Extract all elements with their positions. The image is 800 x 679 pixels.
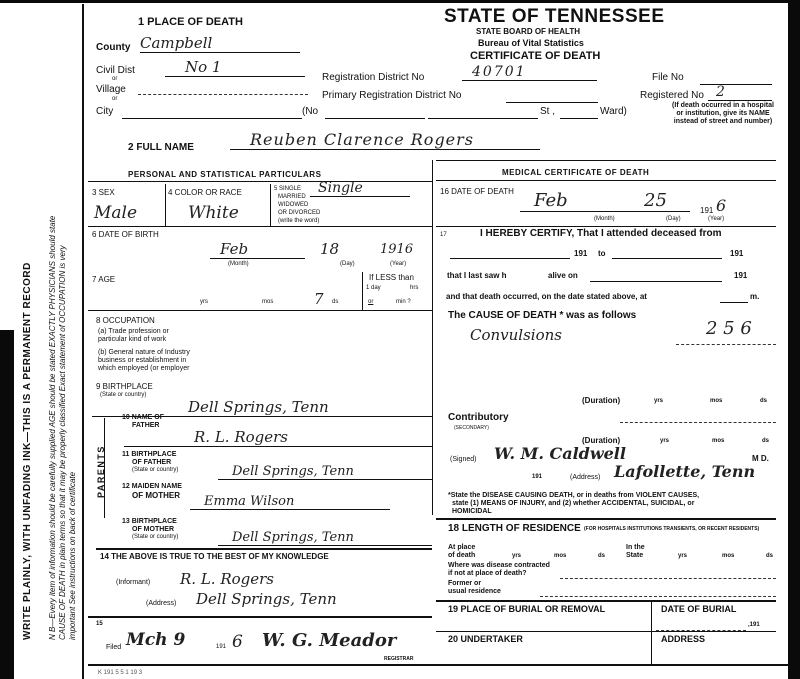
dod-year-caption: (Year) <box>708 216 724 222</box>
duration-mos-2: mos <box>712 438 724 444</box>
less-than-divider <box>362 272 363 310</box>
undertaker-address-label: ADDRESS <box>661 634 705 644</box>
former-1: Former or <box>448 580 481 587</box>
dod-year-suffix: 6 <box>716 196 726 215</box>
mother-birthplace-label-2: OF MOTHER <box>132 526 174 533</box>
mother-name-label-2: OF MOTHER <box>132 491 180 500</box>
mother-birthplace-value: Dell Springs, Tenn <box>218 530 432 546</box>
civil-dist-value: No 1 <box>165 58 305 77</box>
registrar-value: W. G. Meador <box>262 630 396 651</box>
registered-no-label: Registered No <box>640 90 704 101</box>
last-saw-text: that I last saw h <box>447 271 507 280</box>
father-name-label-1: 10 NAME OF <box>122 414 164 421</box>
filed-year-prefix: 191 <box>216 644 226 650</box>
marital-label-widowed: WIDOWED <box>278 202 308 208</box>
informant-statement: 14 THE ABOVE IS TRUE TO THE BEST OF MY K… <box>100 552 329 561</box>
marital-label-write: (write the word) <box>278 218 319 224</box>
reg-district-value: 40701 <box>462 64 597 81</box>
margin-note-line3: important See instructions on back of ce… <box>68 472 77 640</box>
scan-edge-top <box>0 0 800 3</box>
center-divider <box>432 160 433 515</box>
at-place-1: At place <box>448 544 475 551</box>
age-ds-label: ds <box>332 299 338 305</box>
filed-year-suffix: 6 <box>232 632 243 652</box>
burial-date-label: DATE OF BURIAL <box>661 604 736 614</box>
bureau-title: Bureau of Vital Statistics <box>478 38 584 48</box>
dod-month-value: Feb <box>520 190 630 212</box>
hrs-label: hrs <box>410 285 418 291</box>
res-mos-1: mos <box>554 553 566 559</box>
attended-to-label: to <box>598 249 606 258</box>
sex-color-divider <box>165 184 166 226</box>
duration-mos-1: mos <box>710 398 722 404</box>
alive-on-field <box>590 281 722 282</box>
marital-label-married: MARRIED <box>278 194 306 200</box>
scan-edge-left <box>0 330 14 679</box>
certificate-title: CERTIFICATE OF DEATH <box>470 50 600 62</box>
age-yrs-label: yrs <box>200 299 208 305</box>
residence-rule-top <box>436 518 776 520</box>
dod-month-caption: (Month) <box>594 216 615 222</box>
registered-no-value: 2 <box>708 84 772 101</box>
dob-label: 6 DATE OF BIRTH <box>92 230 159 239</box>
dob-day-value: 18 <box>320 240 339 258</box>
occupation-a2: particular kind of work <box>98 336 166 343</box>
margin-note-line1: N B—Every item of information should be … <box>48 216 57 640</box>
city-field <box>122 118 302 119</box>
father-birthplace-label-1: 11 BIRTHPLACE <box>122 451 176 458</box>
primary-reg-label: Primary Registration District No <box>322 90 461 101</box>
former-2: usual residence <box>448 588 501 595</box>
duration-label-1: (Duration) <box>582 396 620 405</box>
attended-to-year: 191 <box>730 249 743 258</box>
duration-ds-2: ds <box>762 438 769 444</box>
ward-label: Ward) <box>600 106 627 117</box>
footnote-3: HOMICIDAL <box>452 508 492 515</box>
filed-month-day: Mch 9 <box>126 630 185 650</box>
res-mos-2: mos <box>722 553 734 559</box>
age-label: 7 AGE <box>92 275 115 284</box>
reg-district-label: Registration District No <box>322 72 424 83</box>
in-state-1: In the <box>626 544 645 551</box>
signed-value: W. M. Caldwell <box>494 444 626 463</box>
duration-ds-1: ds <box>760 398 767 404</box>
occupation-label: 8 OCCUPATION <box>96 316 155 325</box>
or-label-2: or <box>112 96 117 102</box>
sex-value: Male <box>94 203 137 223</box>
cause-label: The CAUSE OF DEATH * was as follows <box>448 310 636 321</box>
scan-edge-right <box>788 0 800 679</box>
age-mos-label: mos <box>262 299 273 305</box>
dob-month-value: Feb <box>210 240 305 259</box>
dod-day-caption: (Day) <box>666 216 681 222</box>
parents-side-label: PARENTS <box>96 445 106 498</box>
medical-rule-top <box>436 160 776 161</box>
no-label: (No <box>302 106 318 117</box>
mother-name-label-1: 12 MAIDEN NAME <box>122 483 182 490</box>
former-line <box>540 596 776 597</box>
less-than-label: If LESS than <box>369 273 414 282</box>
street-no-field <box>325 118 425 119</box>
county-value: Campbell <box>140 34 300 53</box>
contributory-label: Contributory <box>448 412 509 423</box>
margin-note-line2: CAUSE OF DEATH in plain terms so that it… <box>58 245 67 640</box>
footer-stamp: K 191 5 5 1 19 3 <box>98 670 142 676</box>
alive-on-label: alive on <box>548 271 578 280</box>
village-field <box>138 94 308 95</box>
st-label: St , <box>540 106 555 117</box>
personal-section-title: PERSONAL AND STATISTICAL PARTICULARS <box>128 170 321 179</box>
burial-place-label: 19 PLACE OF BURIAL OR REMOVAL <box>448 604 605 614</box>
at-place-2: of death <box>448 552 475 559</box>
marital-label-single: 5 SINGLE <box>274 186 301 192</box>
or-label-1: or <box>112 76 117 82</box>
burial-date-year: ,191 <box>748 622 760 628</box>
min-label: min ? <box>396 299 411 305</box>
res-yrs-1: yrs <box>512 553 521 559</box>
dod-day-value: 25 <box>630 190 690 212</box>
full-name-value: Reuben Clarence Rogers <box>230 130 540 150</box>
contracted-1: Where was disease contracted <box>448 562 550 569</box>
attended-to-field <box>612 258 722 259</box>
place-of-death-title: 1 PLACE OF DEATH <box>138 16 243 28</box>
age-ds-value: 7 <box>314 290 324 308</box>
occupation-b3: which employed (or employer <box>98 365 189 372</box>
cert-rule <box>436 226 776 227</box>
margin-permanent-record: WRITE PLAINLY, WITH UNFADING INK—THIS IS… <box>22 262 33 640</box>
footnote-2: state (1) MEANS OF INJURY, and (2) wheth… <box>452 500 694 507</box>
color-label: 4 COLOR OR RACE <box>168 188 242 197</box>
res-yrs-2: yrs <box>678 553 687 559</box>
father-name-value: R. L. Rogers <box>124 428 432 447</box>
certify-text: I HEREBY CERTIFY, That I attended deceas… <box>480 228 722 239</box>
burial-rule-top <box>436 600 776 602</box>
residence-label: 18 LENGTH OF RESIDENCE <box>448 523 581 534</box>
filed-rule-top <box>88 616 432 618</box>
informant-address-value: Dell Springs, Tenn <box>196 590 337 608</box>
full-name-label: 2 FULL NAME <box>128 142 194 153</box>
contracted-line <box>560 578 776 579</box>
signed-label: (Signed) <box>450 456 476 463</box>
contracted-2: if not at place of death? <box>448 570 527 577</box>
last-saw-year: 191 <box>734 271 747 280</box>
dob-year-value: 1916 <box>380 242 413 257</box>
footnote-1: *State the DISEASE CAUSING DEATH, or in … <box>448 492 699 499</box>
marital-value: Single <box>310 180 410 197</box>
registrar-label: REGISTRAR <box>384 656 413 662</box>
dob-rule-top <box>88 226 432 227</box>
cert-number: 17 <box>440 232 447 238</box>
file-no-label: File No <box>652 72 684 83</box>
county-label: County <box>96 42 130 53</box>
city-label: City <box>96 106 113 117</box>
contributory-line <box>620 422 776 423</box>
primary-reg-field <box>506 102 598 103</box>
one-day-label: 1 day <box>366 285 381 291</box>
father-birthplace-label-3: (State or country) <box>132 467 178 473</box>
undertaker-rule <box>436 631 776 632</box>
dob-month-caption: (Month) <box>228 261 249 267</box>
informant-label: (Informant) <box>116 579 150 586</box>
form-left-border <box>82 4 84 679</box>
ward-field <box>560 118 598 119</box>
street-field <box>428 118 538 119</box>
occupation-a: (a) Trade profession or <box>98 328 169 335</box>
occupation-rule <box>88 310 432 311</box>
filed-rule-bottom <box>88 664 788 666</box>
father-birthplace-value: Dell Springs, Tenn <box>218 464 432 480</box>
dod-year-prefix: 191 <box>700 206 713 215</box>
or-label: or <box>368 299 373 305</box>
occupation-b2: business or establishment in <box>98 357 186 364</box>
m-label: m. <box>750 292 759 301</box>
village-label: Village <box>96 84 126 95</box>
medical-rule-2 <box>436 180 776 181</box>
medical-section-title: MEDICAL CERTIFICATE OF DEATH <box>502 168 649 177</box>
duration-yrs-2: yrs <box>660 438 669 444</box>
board-title: STATE BOARD OF HEALTH <box>476 27 580 36</box>
dob-year-caption: (Year) <box>390 261 406 267</box>
cause-value: Convulsions <box>470 326 562 344</box>
duration-yrs-1: yrs <box>654 398 663 404</box>
marital-label-divorced: OR DIVORCED <box>278 210 320 216</box>
address-value-medical: Lafollette, Tenn <box>614 462 755 481</box>
secondary-label: (SECONDARY) <box>454 425 489 431</box>
informant-address-label: (Address) <box>146 600 176 607</box>
birthplace-label: 9 BIRTHPLACE <box>96 382 153 391</box>
dod-label: 16 DATE OF DEATH <box>440 187 514 196</box>
mother-name-value: Emma Wilson <box>190 494 390 510</box>
attended-from-field <box>450 258 570 259</box>
color-value: White <box>188 203 239 223</box>
mother-birthplace-label-1: 13 BIRTHPLACE <box>122 518 177 525</box>
filed-number: 15 <box>96 621 103 627</box>
occurred-text: and that death occurred, on the date sta… <box>446 292 647 301</box>
year-191: 191 <box>532 474 542 480</box>
civil-dist-label: Civil Dist <box>96 65 135 76</box>
cause-line <box>676 344 776 345</box>
burial-divider <box>651 602 652 664</box>
occupation-b: (b) General nature of Industry <box>98 349 190 356</box>
hospital-note: (If death occurred in a hospital or inst… <box>668 102 778 126</box>
cause-extra: 2 5 6 <box>706 318 752 339</box>
occurred-time-field <box>720 302 748 303</box>
dob-day-caption: (Day) <box>340 261 355 267</box>
attended-from-year: 191 <box>574 249 587 258</box>
filed-label: Filed <box>106 644 121 651</box>
res-ds-2: ds <box>766 553 773 559</box>
state-title: STATE OF TENNESSEE <box>444 6 665 28</box>
in-state-2: State <box>626 552 643 559</box>
undertaker-label: 20 UNDERTAKER <box>448 634 523 644</box>
informant-rule-top <box>96 548 432 550</box>
informant-value: R. L. Rogers <box>180 570 274 588</box>
color-marital-divider <box>270 184 271 226</box>
address-label-medical: (Address) <box>570 474 600 481</box>
father-birthplace-label-2: OF FATHER <box>132 459 171 466</box>
sex-label: 3 SEX <box>92 188 115 197</box>
res-ds-1: ds <box>598 553 605 559</box>
residence-sub-label: (FOR HOSPITALS INSTITUTIONS TRANSIENTS, … <box>584 526 784 532</box>
mother-birthplace-label-3: (State or country) <box>132 534 178 540</box>
